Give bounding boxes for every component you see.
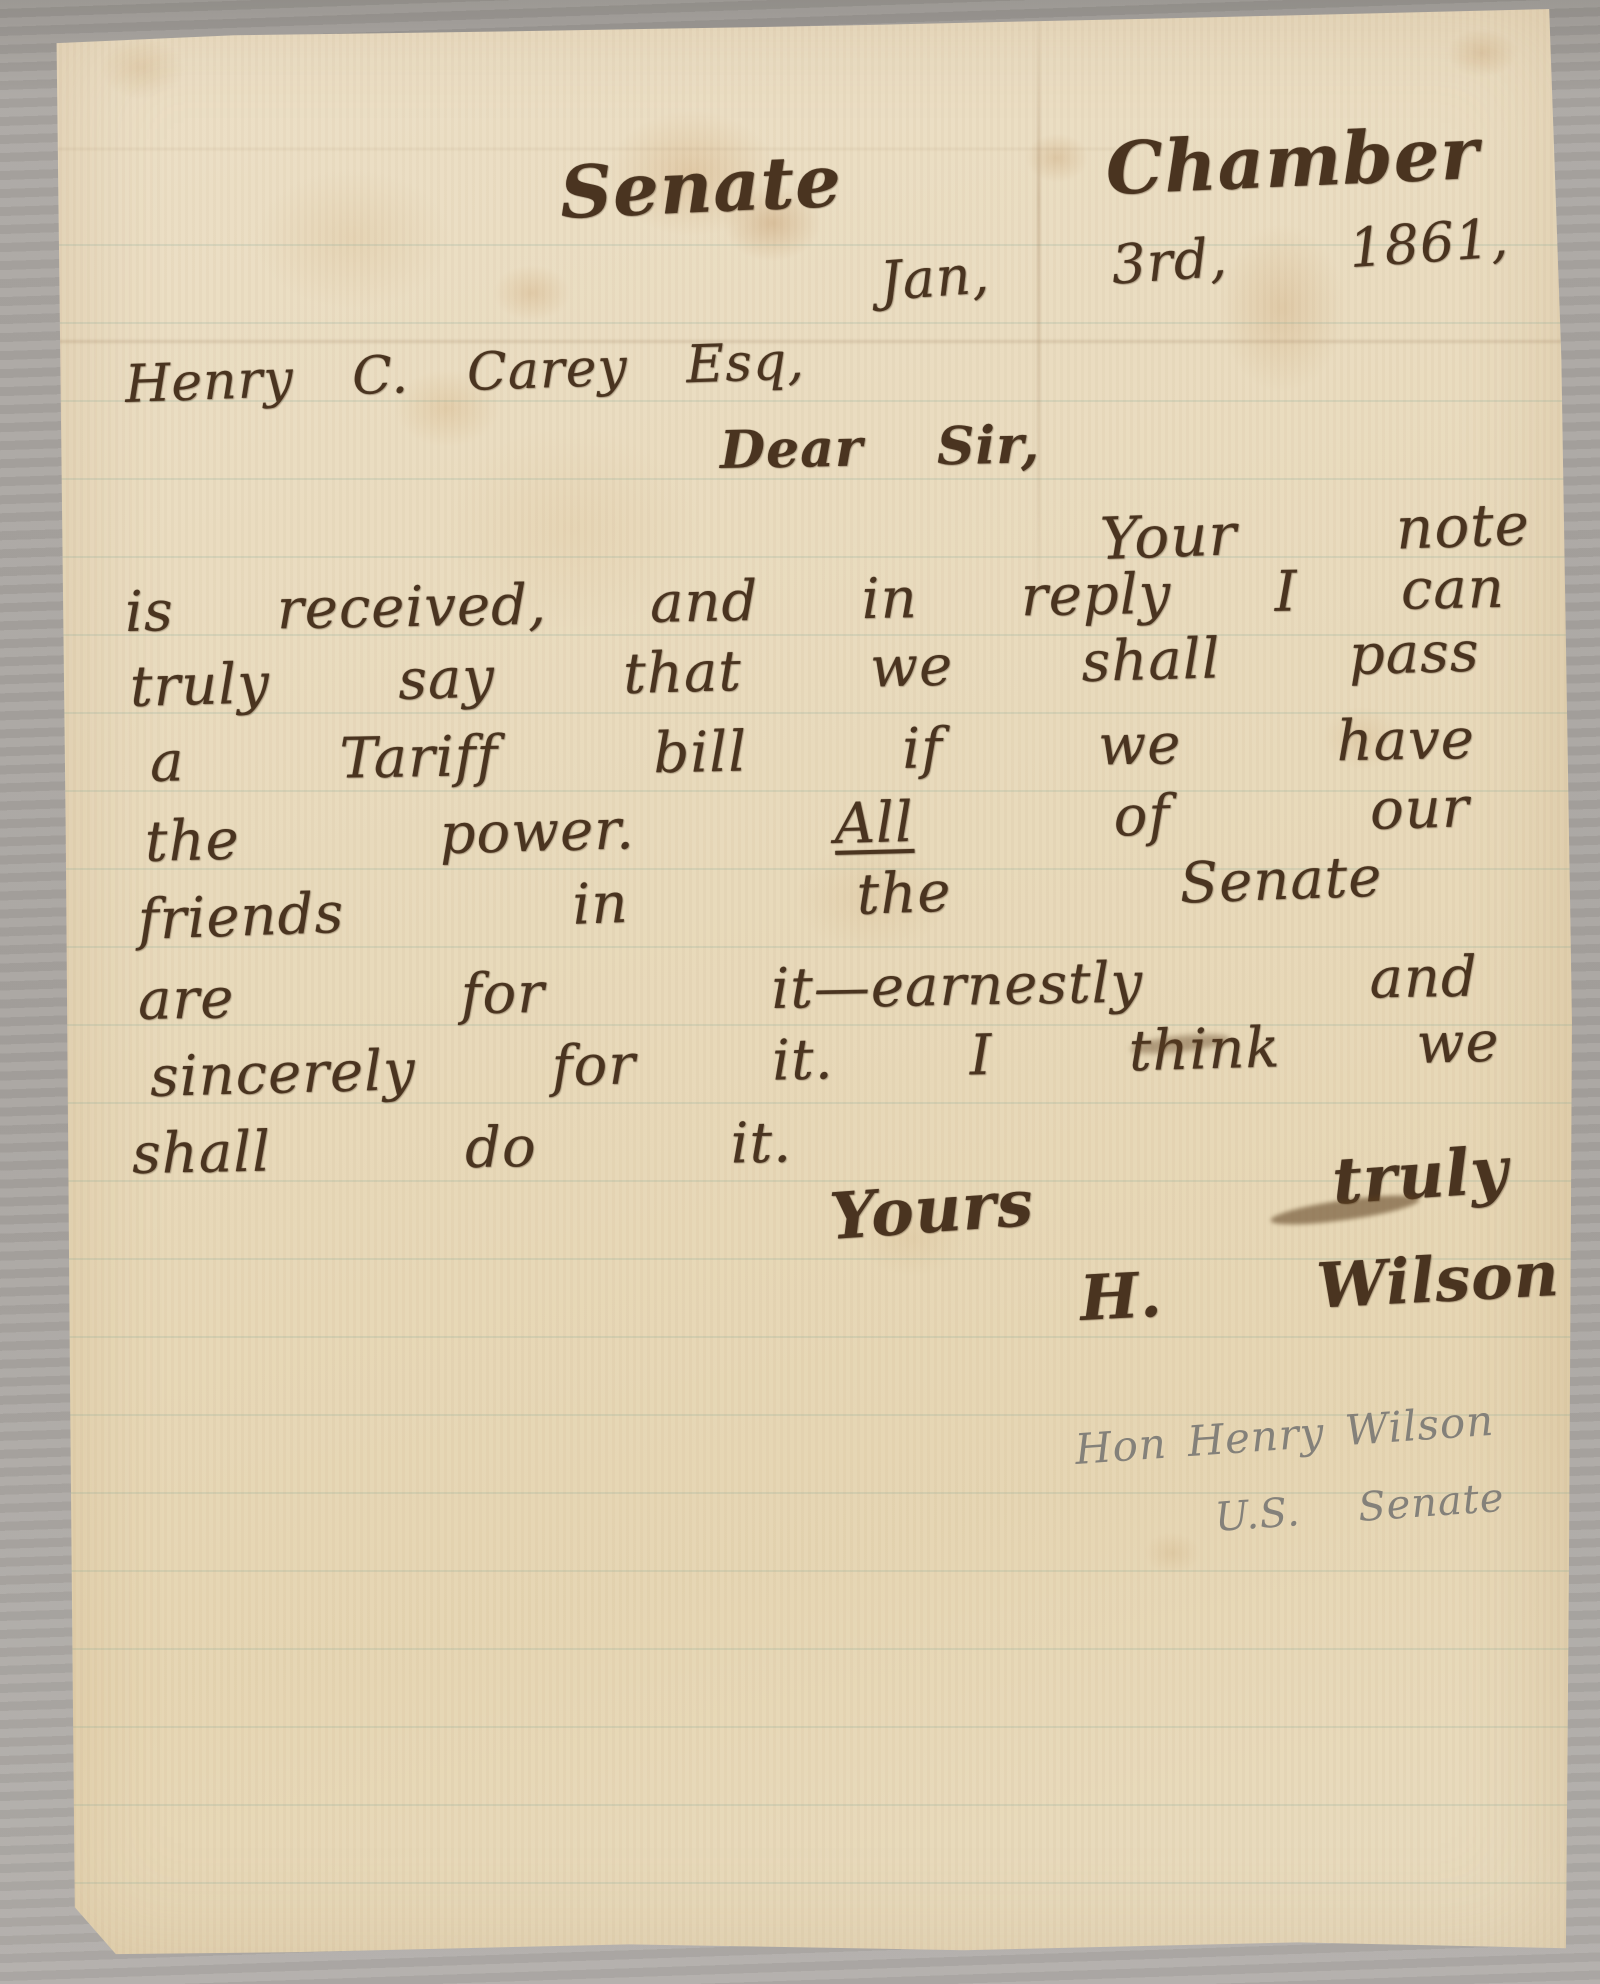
letter-signature: H. Wilson bbox=[1078, 1237, 1561, 1335]
paper-crease-horizontal bbox=[52, 340, 1572, 343]
letter-salutation: Dear Sir, bbox=[719, 414, 1040, 481]
letter-closing: Yours truly bbox=[827, 1133, 1511, 1255]
letter-heading: Senate Chamber bbox=[558, 110, 1481, 235]
photo-of-letter: { "photo": { "background_color": "#a8a4a… bbox=[0, 0, 1600, 1984]
body-text-segment: the power. bbox=[144, 792, 835, 875]
pencil-annotation-name: Hon Henry Wilson bbox=[1073, 1396, 1495, 1474]
pencil-annotation-office: U.S. Senate bbox=[1213, 1475, 1506, 1541]
letter-date: Jan, 3rd, 1861, bbox=[878, 206, 1511, 313]
letter-addressee: Henry C. Carey Esq, bbox=[124, 331, 806, 415]
letter-body-line-9: shall do it. bbox=[131, 1110, 792, 1187]
letter-paper: Senate Chamber Jan, 3rd, 1861, Henry C. … bbox=[52, 8, 1572, 1958]
paper-crease-vertical bbox=[1037, 8, 1040, 638]
underlined-word: All bbox=[834, 790, 915, 857]
body-text-segment: of our bbox=[913, 775, 1470, 855]
